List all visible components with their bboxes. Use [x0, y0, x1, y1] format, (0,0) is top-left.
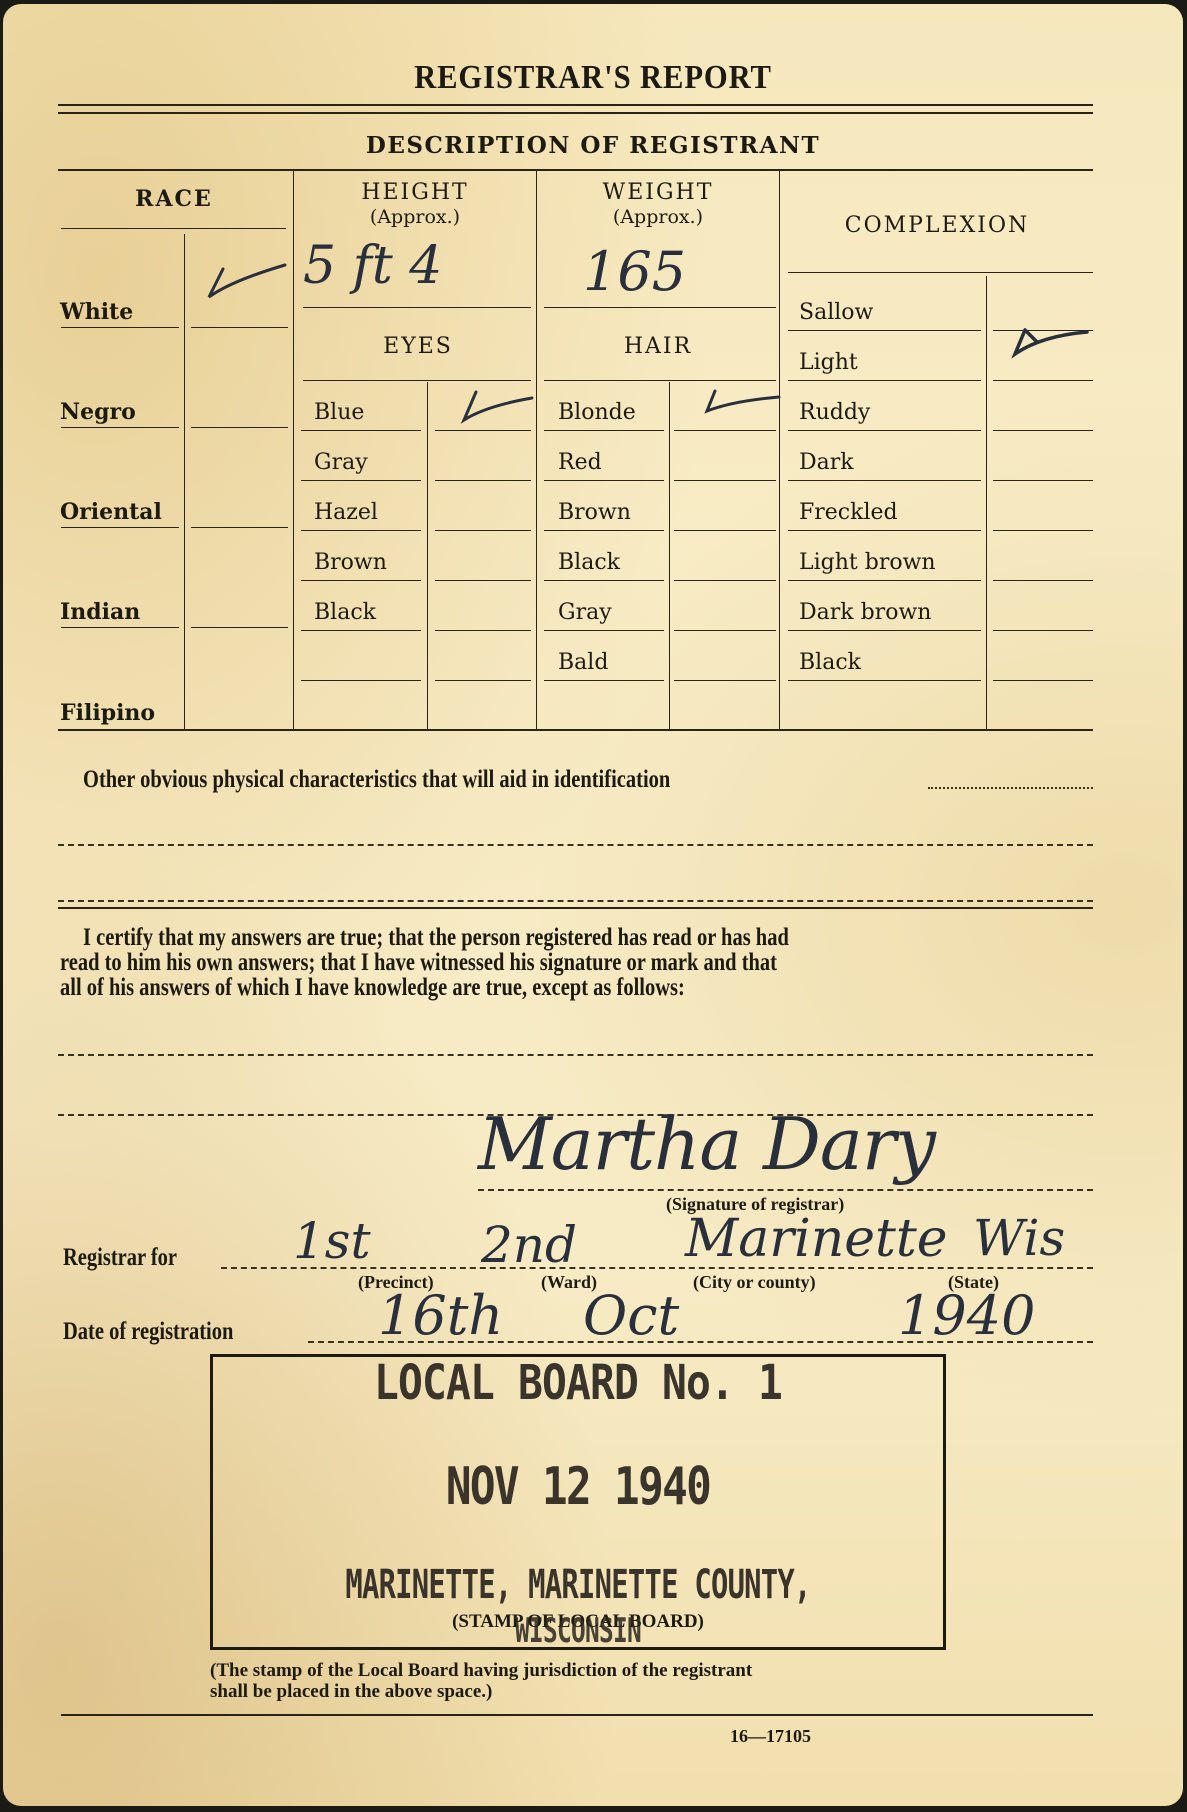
- registrar-city-value: Marinette: [685, 1209, 948, 1269]
- complexion-row-rule: [788, 630, 981, 631]
- complexion-option-light-brown: Light brown: [799, 550, 936, 575]
- hair-option-black: Black: [558, 550, 620, 575]
- complexion-row-rule: [788, 680, 981, 681]
- race-option-negro: Negro: [60, 399, 136, 425]
- complexion-check-rule: [993, 430, 1093, 431]
- eyes-check-rule: [435, 680, 531, 681]
- complexion-option-freckled: Freckled: [799, 500, 898, 525]
- race-option-indian: Indian: [60, 599, 140, 625]
- registrar-signature: Martha Dary: [478, 1102, 935, 1186]
- weight-value: 165: [583, 240, 686, 303]
- table-bottom-rule: [58, 729, 1093, 731]
- other-characteristics-input-line-1[interactable]: [928, 787, 1093, 789]
- certification-line-2: read to him his own answers; that I have…: [60, 949, 777, 977]
- eyes-option-brown: Brown: [314, 550, 387, 575]
- eyes-row-rule: [301, 680, 421, 681]
- eyes-check-rule: [435, 430, 531, 431]
- registrar-ward-value: 2nd: [481, 1216, 577, 1274]
- certification-line-1: I certify that my answers are true; that…: [83, 924, 789, 952]
- hair-check-rule: [674, 680, 776, 681]
- eyes-row-rule: [301, 530, 421, 531]
- eyes-check-rule: [435, 630, 531, 631]
- signature-line[interactable]: [478, 1189, 1093, 1191]
- complexion-check-rule: [993, 480, 1093, 481]
- complexion-option-light: Light: [799, 350, 858, 375]
- hair-row-rule: [544, 580, 664, 581]
- eyes-check-divider: [427, 382, 428, 729]
- table-top-rule: [58, 169, 1093, 171]
- race-row-rule: [61, 627, 179, 628]
- eyes-row-rule: [301, 580, 421, 581]
- col-divider-weight: [536, 171, 537, 729]
- complexion-option-dark-brown: Dark brown: [799, 600, 931, 625]
- hair-check-rule: [674, 580, 776, 581]
- section-title: DESCRIPTION OF REGISTRANT: [3, 132, 1183, 159]
- other-characteristics-input-line-3[interactable]: [58, 900, 1093, 902]
- complexion-light-check-icon: [1011, 324, 1091, 360]
- complexion-option-sallow: Sallow: [799, 300, 873, 325]
- registrar-precinct-value: 1st: [293, 1212, 371, 1270]
- registration-day-value: 16th: [378, 1284, 503, 1347]
- footnote-line-1: (The stamp of the Local Board having jur…: [210, 1660, 752, 1682]
- hair-option-blonde: Blonde: [558, 400, 636, 425]
- hair-option-bald: Bald: [558, 650, 608, 675]
- weight-heading: WEIGHT: [538, 180, 778, 205]
- eyes-check-rule: [435, 530, 531, 531]
- city-caption: (City or county): [693, 1272, 816, 1293]
- complexion-check-rule: [993, 380, 1093, 381]
- eyes-row-rule: [301, 480, 421, 481]
- stamp-state-line: WISCONSIN: [315, 1611, 841, 1651]
- height-value: 5 ft 4: [303, 236, 442, 296]
- eyes-option-hazel: Hazel: [314, 500, 378, 525]
- race-white-check-icon: [201, 259, 291, 309]
- eyes-option-blue: Blue: [314, 400, 364, 425]
- registration-month-value: Oct: [583, 1284, 679, 1347]
- certification-line-3: all of his answers of which I have knowl…: [60, 974, 685, 1002]
- race-row-rule: [61, 427, 179, 428]
- weight-subheading: (Approx.): [538, 206, 778, 228]
- col-divider-complexion: [779, 171, 780, 729]
- registrar-state-value: Wis: [973, 1209, 1065, 1267]
- complexion-row-rule: [788, 580, 981, 581]
- race-heading-underline: [61, 228, 286, 229]
- complexion-check-rule: [993, 530, 1093, 531]
- complexion-option-dark: Dark: [799, 450, 854, 475]
- complexion-option-ruddy: Ruddy: [799, 400, 870, 425]
- hair-row-rule: [544, 480, 664, 481]
- hair-blonde-check-icon: [703, 387, 783, 417]
- race-check-divider: [184, 234, 185, 729]
- hair-check-divider: [669, 382, 670, 729]
- date-of-registration-label: Date of registration: [63, 1318, 233, 1346]
- complexion-check-rule: [993, 580, 1093, 581]
- hair-option-brown: Brown: [558, 500, 631, 525]
- complexion-heading-underline: [788, 272, 1093, 273]
- eyes-check-rule: [435, 580, 531, 581]
- race-check-rule: [191, 627, 288, 628]
- section-divider-rule: [58, 907, 1093, 909]
- eyes-option-black: Black: [314, 600, 376, 625]
- hair-row-rule: [544, 430, 664, 431]
- race-option-filipino: Filipino: [60, 700, 155, 726]
- race-option-white: White: [60, 299, 133, 325]
- registrar-for-label: Registrar for: [63, 1244, 177, 1272]
- stamp-local-board-line: LOCAL BOARD No. 1: [264, 1355, 892, 1411]
- race-check-rule: [191, 327, 288, 328]
- footer-rule: [61, 1714, 1093, 1716]
- other-characteristics-input-line-2[interactable]: [58, 844, 1093, 846]
- exceptions-input-line-1[interactable]: [58, 1054, 1093, 1056]
- stamp-location-line: MARINETTE, MARINETTE COUNTY,: [315, 1562, 841, 1608]
- complexion-row-rule: [788, 330, 981, 331]
- complexion-check-divider: [986, 276, 987, 729]
- complexion-row-rule: [788, 380, 981, 381]
- stamp-date: NOV 12 1940: [279, 1457, 878, 1517]
- complexion-option-black: Black: [799, 650, 861, 675]
- race-heading: RACE: [58, 186, 290, 212]
- height-heading: HEIGHT: [295, 180, 535, 205]
- complexion-row-rule: [788, 480, 981, 481]
- registration-year-value: 1940: [898, 1284, 1035, 1347]
- registrars-report-card: REGISTRAR'S REPORT DESCRIPTION OF REGIST…: [3, 4, 1183, 1806]
- col-divider-height: [293, 171, 294, 729]
- height-underline: [303, 307, 531, 308]
- eyes-row-rule: [301, 630, 421, 631]
- hair-row-rule: [544, 680, 664, 681]
- complexion-heading: COMPLEXION: [781, 213, 1093, 238]
- race-row-rule: [61, 527, 179, 528]
- footnote-line-2: shall be placed in the above space.): [210, 1681, 492, 1703]
- complexion-row-rule: [788, 430, 981, 431]
- local-board-stamp-box: LOCAL BOARD No. 1 NOV 12 1940 MARINETTE,…: [210, 1354, 946, 1650]
- eyes-check-rule: [435, 480, 531, 481]
- eyes-row-rule: [301, 430, 421, 431]
- header-double-rule-bottom: [58, 112, 1093, 114]
- header-double-rule-top: [58, 104, 1093, 106]
- race-check-rule: [191, 527, 288, 528]
- hair-check-rule: [674, 480, 776, 481]
- page-title: REGISTRAR'S REPORT: [62, 59, 1124, 97]
- eyes-option-gray: Gray: [314, 450, 368, 475]
- hair-row-rule: [544, 630, 664, 631]
- weight-underline: [544, 307, 776, 308]
- hair-option-gray: Gray: [558, 600, 612, 625]
- hair-heading: HAIR: [538, 334, 778, 359]
- hair-check-rule: [674, 430, 776, 431]
- complexion-check-rule: [993, 680, 1093, 681]
- height-subheading: (Approx.): [295, 206, 535, 228]
- hair-check-rule: [674, 630, 776, 631]
- eyes-heading-underline: [303, 380, 531, 381]
- hair-heading-underline: [544, 380, 776, 381]
- other-characteristics-label: Other obvious physical characteristics t…: [83, 766, 670, 794]
- hair-row-rule: [544, 530, 664, 531]
- race-row-rule: [61, 327, 179, 328]
- complexion-check-rule: [993, 630, 1093, 631]
- hair-option-red: Red: [558, 450, 602, 475]
- form-number: 16—17105: [730, 1726, 811, 1747]
- eyes-heading: EYES: [303, 334, 533, 359]
- race-check-rule: [191, 427, 288, 428]
- hair-check-rule: [674, 530, 776, 531]
- complexion-row-rule: [788, 530, 981, 531]
- race-option-oriental: Oriental: [60, 499, 162, 525]
- eyes-blue-check-icon: [458, 388, 538, 428]
